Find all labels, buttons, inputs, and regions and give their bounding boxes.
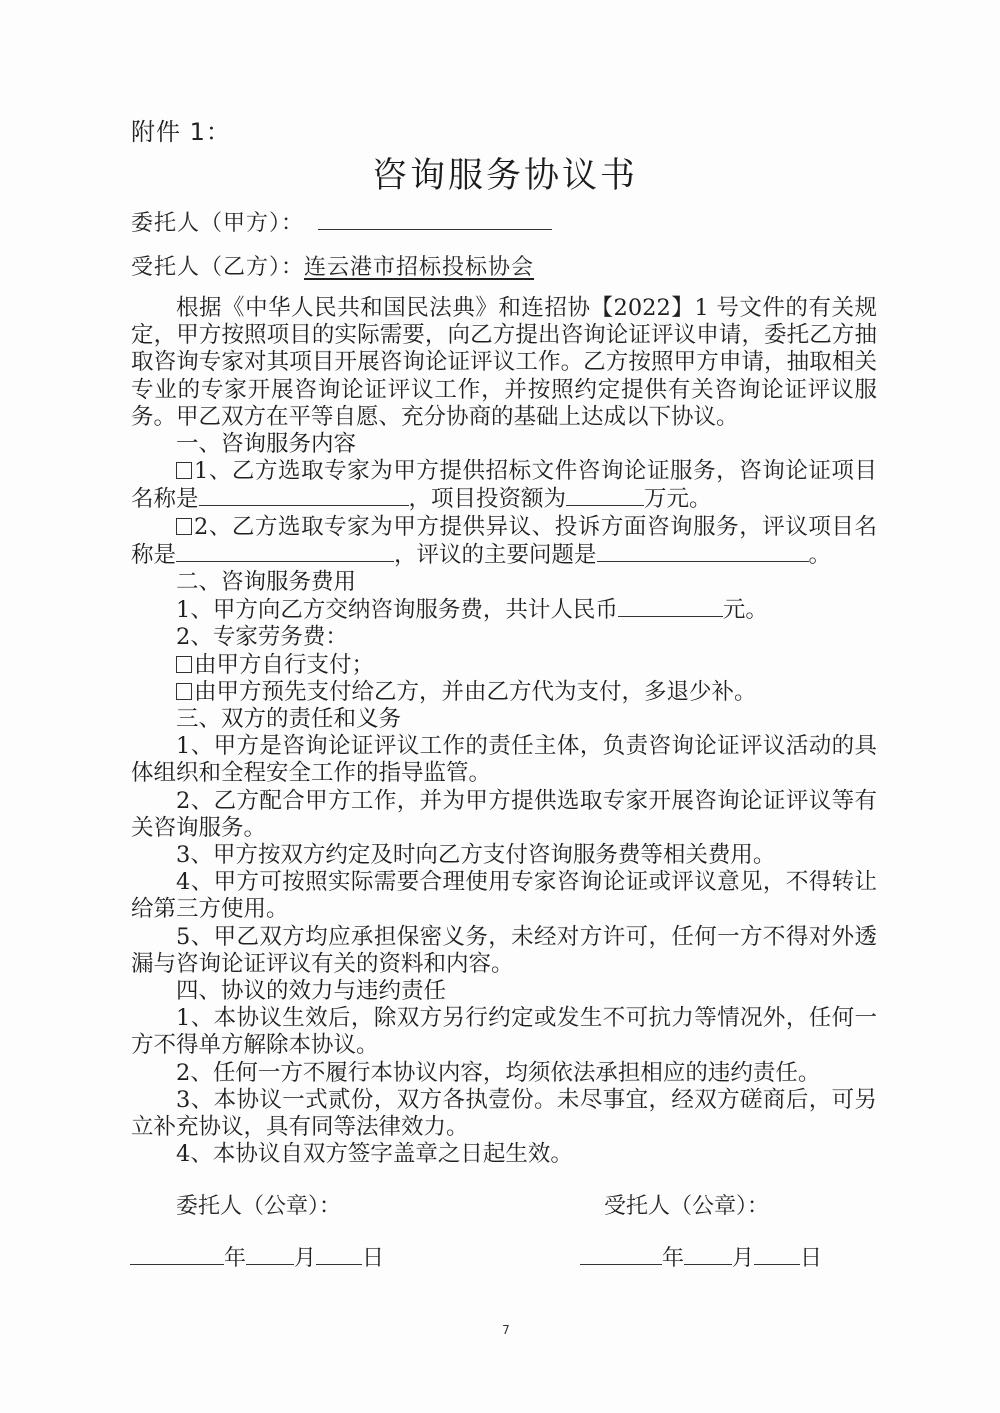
agent-seal-label: 受托人（公章）： [604, 1189, 769, 1220]
section-1-item-2-text-c: 。 [809, 542, 832, 568]
service-fee-text-a: 1、甲方向乙方交纳咨询服务费，共计人民币 [176, 597, 618, 623]
section-3-item: 3、甲方按双方约定及时向乙方支付咨询服务费等相关费用。 [131, 842, 877, 869]
section-1-item-2: 2、乙方选取专家为甲方提供异议、投诉方面咨询服务，评议项目名称是，评议的主要问题… [131, 514, 877, 569]
section-1-item-1: 1、乙方选取专家为甲方提供招标文件咨询论证服务，咨询论证项目名称是，项目投资额为… [131, 458, 877, 513]
review-project-name-field[interactable] [176, 541, 394, 562]
year-label: 年 [224, 1246, 246, 1271]
section-1-item-2-checkbox[interactable] [176, 518, 192, 535]
day-label: 日 [800, 1246, 822, 1271]
section-3-heading: 三、双方的责任和义务 [131, 706, 877, 733]
section-4-item: 4、本协议自双方签字盖章之日起生效。 [131, 1141, 877, 1168]
day-label: 日 [362, 1246, 384, 1271]
section-3-item: 5、甲乙双方均应承担保密义务，未经对方许可，任何一方不得对外透漏与咨询论证评议有… [131, 924, 877, 978]
month-label: 月 [732, 1246, 754, 1271]
agent-date: 年月日 [580, 1241, 822, 1272]
section-3-item: 2、乙方配合甲方工作，并为甲方提供选取专家开展咨询论证评议等有关咨询服务。 [131, 788, 877, 842]
service-fee-line: 1、甲方向乙方交纳咨询服务费，共计人民币元。 [131, 596, 877, 624]
section-2-heading: 二、咨询服务费用 [131, 569, 877, 596]
expert-fee-option-2-text: 由甲方预先支付给乙方，并由乙方代为支付，多退少补。 [194, 679, 757, 705]
expert-fee-option-1-checkbox[interactable] [176, 656, 192, 673]
agent-party-label: 受托人（乙方）： [131, 255, 304, 280]
year-label: 年 [662, 1246, 684, 1271]
section-4-heading: 四、协议的效力与违约责任 [131, 978, 877, 1005]
service-fee-amount-field[interactable] [618, 596, 723, 617]
month-label: 月 [294, 1246, 316, 1271]
section-4-item: 3、本协议一式贰份，双方各执壹份。未尽事宜，经双方磋商后，可另立补充协议，具有同… [131, 1087, 877, 1141]
client-seal-label: 委托人（公章）： [176, 1189, 341, 1220]
section-4-item: 1、本协议生效后，除双方另行约定或发生不可抗力等情况外，任何一方不得单方解除本协… [131, 1005, 877, 1059]
agent-date-day-field[interactable] [754, 1244, 800, 1265]
expert-fee-option-1: 由甲方自行支付； [131, 652, 877, 679]
investment-amount-field[interactable] [566, 485, 644, 506]
document-title: 咨询服务协议书 [0, 148, 1000, 198]
service-fee-text-b: 元。 [723, 597, 768, 623]
agent-party-row: 受托人（乙方）：连云港市招标投标协会 [131, 250, 542, 281]
section-1-item-2-text-b: ，评议的主要问题是 [394, 542, 597, 568]
expert-fee-option-2-checkbox[interactable] [176, 683, 192, 700]
main-issue-field[interactable] [597, 541, 809, 562]
section-4-item: 2、任何一方不履行本协议内容，均须依法承担相应的违约责任。 [131, 1060, 877, 1087]
section-1-item-1-checkbox[interactable] [176, 462, 192, 479]
agent-date-month-field[interactable] [684, 1244, 732, 1265]
client-date: 年月日 [130, 1241, 384, 1272]
client-party-field[interactable] [318, 207, 552, 230]
expert-fee-option-1-text: 由甲方自行支付； [194, 652, 374, 678]
section-3-item: 1、甲方是咨询论证评议工作的责任主体，负责咨询论证评议活动的具体组织和全程安全工… [131, 733, 877, 787]
agreement-body: 根据《中华人民共和国民法典》和连招协【2022】1 号文件的有关规定，甲方按照项… [131, 295, 877, 1169]
intro-paragraph: 根据《中华人民共和国民法典》和连招协【2022】1 号文件的有关规定，甲方按照项… [131, 295, 877, 431]
section-3-item: 4、甲方可按照实际需要合理使用专家咨询论证或评议意见，不得转让给第三方使用。 [131, 869, 877, 923]
attachment-label: 附件 1： [131, 112, 231, 147]
consult-project-name-field[interactable] [199, 485, 409, 506]
client-date-year-field[interactable] [130, 1244, 224, 1265]
client-date-month-field[interactable] [246, 1244, 294, 1265]
client-party-label: 委托人（甲方）： [131, 211, 304, 236]
page-number: 7 [0, 1323, 1000, 1337]
agent-date-year-field[interactable] [580, 1244, 662, 1265]
document-page: 附件 1： 咨询服务协议书 委托人（甲方）： 受托人（乙方）：连云港市招标投标协… [0, 0, 1000, 1413]
expert-fee-label: 2、专家劳务费： [131, 624, 877, 651]
agent-party-value: 连云港市招标投标协会 [304, 255, 542, 280]
section-1-heading: 一、咨询服务内容 [131, 431, 877, 458]
client-date-day-field[interactable] [316, 1244, 362, 1265]
section-1-item-1-text-b: ，项目投资额为 [409, 486, 567, 512]
client-party-row: 委托人（甲方）： [131, 206, 552, 237]
expert-fee-option-2: 由甲方预先支付给乙方，并由乙方代为支付，多退少补。 [131, 679, 877, 706]
section-1-item-1-text-c: 万元。 [644, 486, 712, 512]
